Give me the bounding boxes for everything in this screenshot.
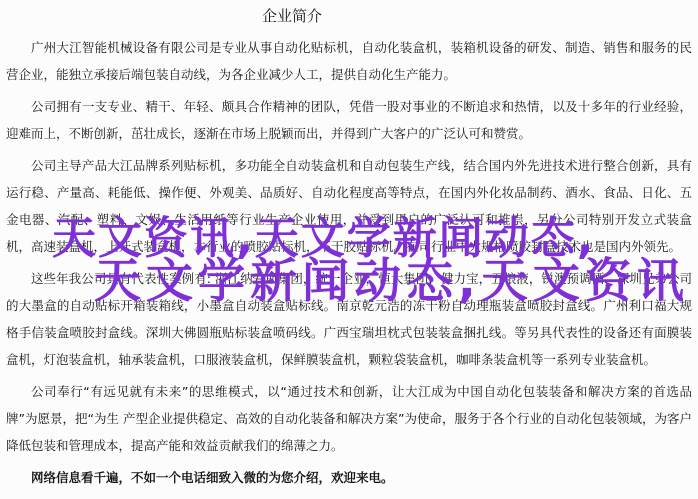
paragraph-team: 公司拥有一支专业、精干、年轻、颇具合作精神的团队，凭借一股对事业的不断追求和热情…	[6, 93, 692, 147]
paragraph-vision: 公司奉行“有远见就有未来”的思维模式，以“通过技术和创新，让大江成为中国自动化包…	[6, 378, 692, 459]
page-title: 企业简介	[6, 6, 578, 26]
paragraph-company-intro: 广州大江智能机械设备有限公司是专业从事自动化贴标机，自动化装盒机，装箱机设备的研…	[6, 34, 692, 88]
company-profile-page: 企业简介 广州大江智能机械设备有限公司是专业从事自动化贴标机，自动化装盒机，装箱…	[0, 0, 698, 499]
paragraph-cases: 这些年我公司具有代表性案例有: 浙江纳爱斯集团，统一企业，恒大集团，健力宝，五粮…	[6, 265, 692, 373]
paragraph-contact-invite: 网络信息看千遍，不如一个电话细致入微的为您介绍，欢迎来电。	[6, 464, 692, 491]
article-body: 企业简介 广州大江智能机械设备有限公司是专业从事自动化贴标机，自动化装盒机，装箱…	[0, 0, 698, 491]
paragraph-products: 公司主导产品大江品牌系列贴标机，多功能全自动装盒机和自动包装生产线，结合国内外先…	[6, 152, 692, 260]
